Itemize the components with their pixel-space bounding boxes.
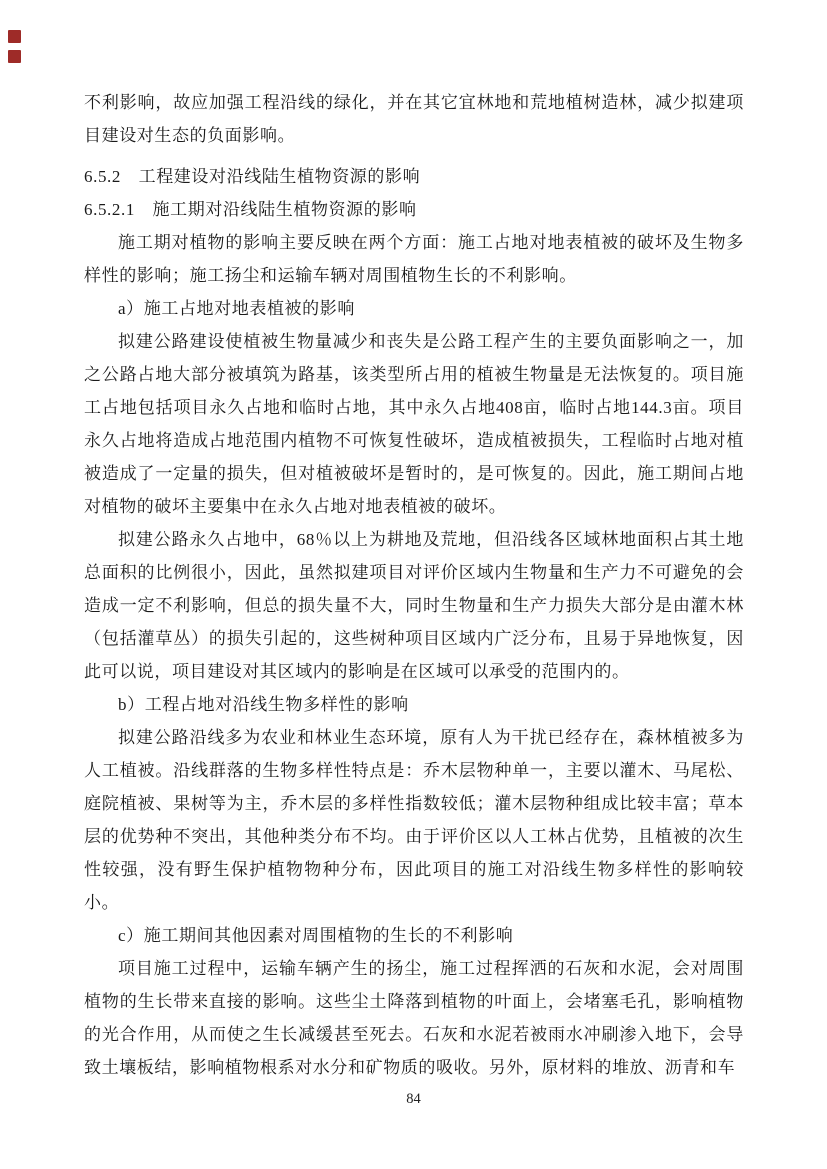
paragraph: 拟建公路永久占地中，68％以上为耕地及荒地，但沿线各区域林地面积占其土地总面积的… (84, 523, 744, 688)
section-heading-6-5-2: 6.5.2 工程建设对沿线陆生植物资源的影响 (84, 160, 744, 193)
paragraph: 拟建公路沿线多为农业和林业生态环境，原有人为干扰已经存在，森林植被多为人工植被。… (84, 721, 744, 919)
list-item-a-heading: a）施工占地对地表植被的影响 (84, 292, 744, 325)
list-item-b-heading: b）工程占地对沿线生物多样性的影响 (84, 688, 744, 721)
list-item-c-heading: c）施工期间其他因素对周围植物的生长的不利影响 (84, 919, 744, 952)
paragraph: 项目施工过程中，运输车辆产生的扬尘，施工过程挥洒的石灰和水泥，会对周围植物的生长… (84, 952, 744, 1084)
subsection-heading-6-5-2-1: 6.5.2.1 施工期对沿线陆生植物资源的影响 (84, 193, 744, 226)
paragraph: 拟建公路建设使植被生物量减少和丧失是公路工程产生的主要负面影响之一，加之公路占地… (84, 325, 744, 523)
paragraph-continuation: 不利影响，故应加强工程沿线的绿化，并在其它宜林地和荒地植树造林，减少拟建项目建设… (84, 86, 744, 152)
document-page: 不利影响，故应加强工程沿线的绿化，并在其它宜林地和荒地植树造林，减少拟建项目建设… (0, 0, 827, 1169)
red-annotation-mark (8, 50, 21, 63)
body-text: 不利影响，故应加强工程沿线的绿化，并在其它宜林地和荒地植树造林，减少拟建项目建设… (84, 86, 744, 1084)
paragraph: 施工期对植物的影响主要反映在两个方面：施工占地对地表植被的破坏及生物多样性的影响… (84, 226, 744, 292)
red-annotation-mark (8, 30, 21, 43)
page-number: 84 (0, 1091, 827, 1108)
